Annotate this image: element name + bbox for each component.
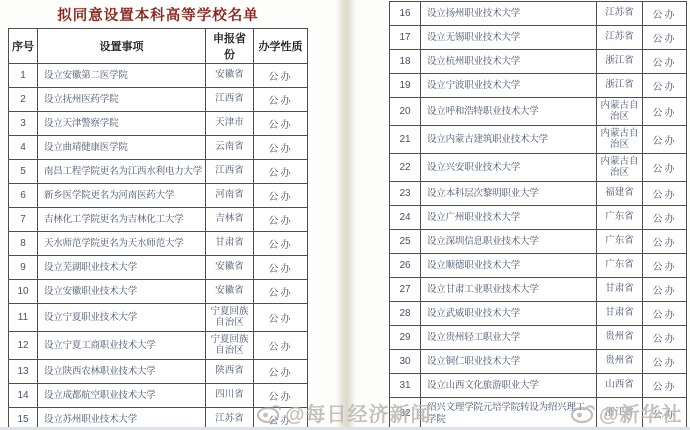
table-row: 3设立天津警察学院天津市公办 — [9, 112, 308, 136]
cell-province: 浙江省 — [597, 50, 643, 74]
cell-nature: 公办 — [254, 304, 308, 332]
cell-no: 13 — [9, 360, 38, 384]
table-row: 23设立本科层次黎明职业大学福建省公办 — [390, 182, 687, 206]
cell-nature: 公办 — [643, 374, 687, 398]
cell-name: 设立抚州医药学院 — [38, 88, 206, 112]
cell-no: 16 — [390, 2, 421, 26]
cell-province: 陕西省 — [206, 360, 254, 384]
cell-no: 26 — [390, 254, 421, 278]
table-row: 20设立呼和浩特职业技术大学内蒙古自治区公办 — [390, 98, 687, 126]
cell-province: 广东省 — [597, 230, 643, 254]
cell-province: 天津市 — [206, 112, 254, 136]
cell-nature: 公办 — [254, 208, 308, 232]
cell-no: 31 — [390, 374, 421, 398]
cell-province: 江西省 — [206, 88, 254, 112]
table-row: 1设立安徽第二医学院安徽省公办 — [9, 64, 308, 88]
table-row: 28设立武威职业技术大学甘肃省公办 — [390, 302, 687, 326]
cell-name: 绍兴文理学院元培学院转设为绍兴理工学院 — [421, 398, 597, 430]
cell-name: 设立呼和浩特职业技术大学 — [421, 98, 597, 126]
table-row: 18设立杭州职业技术大学浙江省公办 — [390, 50, 687, 74]
cell-nature: 公办 — [254, 360, 308, 384]
cell-no: 32 — [390, 398, 421, 430]
table-row: 4设立曲靖健康医学院云南省公办 — [9, 136, 308, 160]
cell-name: 设立扬州职业技术大学 — [421, 2, 597, 26]
cell-no: 12 — [9, 332, 38, 360]
cell-name: 设立成都航空职业技术大学 — [38, 384, 206, 408]
cell-province: 甘肃省 — [597, 278, 643, 302]
table-row: 21设立内蒙古建筑职业技术大学内蒙古自治区公办 — [390, 126, 687, 154]
cell-nature: 公办 — [643, 126, 687, 154]
table-header-row: 序号 设置事项 申报省份 办学性质 — [9, 29, 308, 64]
cell-name: 设立深圳信息职业技术大学 — [421, 230, 597, 254]
cell-nature: 公办 — [643, 230, 687, 254]
cell-province: 甘肃省 — [206, 232, 254, 256]
col-header-no: 序号 — [9, 29, 38, 64]
table-row: 5南昌工程学院更名为江西水利电力大学江西省公办 — [9, 160, 308, 184]
cell-no: 5 — [9, 160, 38, 184]
cell-no: 17 — [390, 26, 421, 50]
cell-name: 设立无锡职业技术大学 — [421, 26, 597, 50]
cell-name: 设立山西文化旅游职业大学 — [421, 374, 597, 398]
cell-nature: 公办 — [254, 256, 308, 280]
cell-name: 设立安徽职业技术大学 — [38, 280, 206, 304]
cell-no: 9 — [9, 256, 38, 280]
cell-name: 设立甘肃工业职业技术大学 — [421, 278, 597, 302]
cell-nature: 公办 — [643, 2, 687, 26]
cell-name: 设立宁波职业技术大学 — [421, 74, 597, 98]
cell-province: 广东省 — [597, 206, 643, 230]
cell-no: 21 — [390, 126, 421, 154]
cell-province: 贵州省 — [597, 326, 643, 350]
cell-name: 设立本科层次黎明职业大学 — [421, 182, 597, 206]
cell-name: 设立广州职业技术大学 — [421, 206, 597, 230]
cell-name: 吉林化工学院更名为吉林化工大学 — [38, 208, 206, 232]
cell-name: 设立兴安职业技术大学 — [421, 154, 597, 182]
page-title: 拟同意设置本科高等学校名单 — [8, 4, 308, 25]
col-header-nature: 办学性质 — [254, 29, 308, 64]
cell-name: 设立铜仁职业技术大学 — [421, 350, 597, 374]
cell-nature: 公办 — [643, 74, 687, 98]
cell-province: 宁夏回族自治区 — [206, 304, 254, 332]
cell-no: 6 — [9, 184, 38, 208]
cell-nature: 公办 — [643, 206, 687, 230]
cell-no: 27 — [390, 278, 421, 302]
cell-no: 19 — [390, 74, 421, 98]
table-row: 27设立甘肃工业职业技术大学甘肃省公办 — [390, 278, 687, 302]
table-row: 30设立铜仁职业技术大学贵州省公办 — [390, 350, 687, 374]
table-row: 12设立宁夏工商职业技术大学宁夏回族自治区公办 — [9, 332, 308, 360]
right-table-body: 16设立扬州职业技术大学江苏省公办17设立无锡职业技术大学江苏省公办18设立杭州… — [390, 2, 687, 430]
cell-name: 设立顺德职业技术大学 — [421, 254, 597, 278]
cell-no: 2 — [9, 88, 38, 112]
cell-nature: 公办 — [643, 98, 687, 126]
cell-nature: 公办 — [643, 278, 687, 302]
cell-province: 浙江省 — [597, 74, 643, 98]
cell-no: 28 — [390, 302, 421, 326]
approved-universities-table-left: 序号 设置事项 申报省份 办学性质 1设立安徽第二医学院安徽省公办2设立抚州医药… — [8, 28, 308, 430]
cell-province: 福建省 — [597, 182, 643, 206]
table-row: 7吉林化工学院更名为吉林化工大学吉林省公办 — [9, 208, 308, 232]
cell-province: 内蒙古自治区 — [597, 154, 643, 182]
table-row: 14设立成都航空职业技术大学四川省公办 — [9, 384, 308, 408]
cell-no: 8 — [9, 232, 38, 256]
cell-name: 设立内蒙古建筑职业技术大学 — [421, 126, 597, 154]
cell-province: 江西省 — [206, 160, 254, 184]
cell-name: 设立安徽第二医学院 — [38, 64, 206, 88]
cell-province: 广东省 — [597, 254, 643, 278]
cell-no: 23 — [390, 182, 421, 206]
table-row: 24设立广州职业技术大学广东省公办 — [390, 206, 687, 230]
left-table-body: 1设立安徽第二医学院安徽省公办2设立抚州医药学院江西省公办3设立天津警察学院天津… — [9, 64, 308, 430]
document-page: 拟同意设置本科高等学校名单 序号 设置事项 申报省份 办学性质 1设立安徽第二医… — [0, 0, 690, 430]
table-row: 13设立陕西农林职业技术大学陕西省公办 — [9, 360, 308, 384]
cell-province: 宁夏回族自治区 — [206, 332, 254, 360]
cell-province: 云南省 — [206, 136, 254, 160]
cell-no: 7 — [9, 208, 38, 232]
cell-name: 设立天津警察学院 — [38, 112, 206, 136]
cell-no: 14 — [9, 384, 38, 408]
cell-no: 22 — [390, 154, 421, 182]
cell-province: 浙江省 — [597, 398, 643, 430]
cell-province: 安徽省 — [206, 256, 254, 280]
cell-no: 3 — [9, 112, 38, 136]
cell-province: 内蒙古自治区 — [597, 98, 643, 126]
cell-name: 设立芜湖职业技术大学 — [38, 256, 206, 280]
cell-no: 18 — [390, 50, 421, 74]
table-row: 16设立扬州职业技术大学江苏省公办 — [390, 2, 687, 26]
cell-no: 20 — [390, 98, 421, 126]
cell-province: 江苏省 — [597, 26, 643, 50]
table-row: 17设立无锡职业技术大学江苏省公办 — [390, 26, 687, 50]
table-row: 32绍兴文理学院元培学院转设为绍兴理工学院浙江省公办 — [390, 398, 687, 430]
cell-province: 甘肃省 — [597, 302, 643, 326]
cell-nature: 公办 — [254, 280, 308, 304]
table-row: 11设立宁夏职业技术大学宁夏回族自治区公办 — [9, 304, 308, 332]
cell-province: 山西省 — [597, 374, 643, 398]
cell-nature: 公办 — [254, 88, 308, 112]
table-row: 25设立深圳信息职业技术大学广东省公办 — [390, 230, 687, 254]
cell-nature: 公办 — [643, 326, 687, 350]
cell-name: 设立杭州职业技术大学 — [421, 50, 597, 74]
table-row: 6新乡医学院更名为河南医药大学河南省公办 — [9, 184, 308, 208]
cell-name: 南昌工程学院更名为江西水利电力大学 — [38, 160, 206, 184]
cell-nature: 公办 — [254, 112, 308, 136]
cell-province: 安徽省 — [206, 64, 254, 88]
cell-no: 30 — [390, 350, 421, 374]
cell-name: 设立曲靖健康医学院 — [38, 136, 206, 160]
table-row: 8天水师范学院更名为天水师范大学甘肃省公办 — [9, 232, 308, 256]
page-seam — [336, 0, 356, 430]
cell-province: 内蒙古自治区 — [597, 126, 643, 154]
cell-nature: 公办 — [254, 64, 308, 88]
cell-nature: 公办 — [643, 50, 687, 74]
cell-province: 贵州省 — [597, 350, 643, 374]
cell-no: 24 — [390, 206, 421, 230]
cell-nature: 公办 — [643, 182, 687, 206]
cell-province: 江苏省 — [597, 2, 643, 26]
cell-nature: 公办 — [254, 384, 308, 408]
table-row: 2设立抚州医药学院江西省公办 — [9, 88, 308, 112]
cell-nature: 公办 — [254, 332, 308, 360]
table-row: 22设立兴安职业技术大学内蒙古自治区公办 — [390, 154, 687, 182]
cell-name: 设立宁夏工商职业技术大学 — [38, 332, 206, 360]
cell-name: 天水师范学院更名为天水师范大学 — [38, 232, 206, 256]
cell-no: 11 — [9, 304, 38, 332]
table-row: 19设立宁波职业技术大学浙江省公办 — [390, 74, 687, 98]
cell-nature: 公办 — [254, 184, 308, 208]
cell-nature: 公办 — [254, 160, 308, 184]
cell-nature: 公办 — [643, 154, 687, 182]
cell-province: 河南省 — [206, 184, 254, 208]
cell-province: 吉林省 — [206, 208, 254, 232]
cell-nature: 公办 — [643, 398, 687, 430]
cell-no: 25 — [390, 230, 421, 254]
table-row: 9设立芜湖职业技术大学安徽省公办 — [9, 256, 308, 280]
table-row: 29设立贵州轻工职业大学贵州省公办 — [390, 326, 687, 350]
cell-name: 设立宁夏职业技术大学 — [38, 304, 206, 332]
cell-no: 4 — [9, 136, 38, 160]
cell-no: 29 — [390, 326, 421, 350]
cell-province: 安徽省 — [206, 280, 254, 304]
table-row: 10设立安徽职业技术大学安徽省公办 — [9, 280, 308, 304]
table-row: 26设立顺德职业技术大学广东省公办 — [390, 254, 687, 278]
cell-name: 设立武威职业技术大学 — [421, 302, 597, 326]
col-header-item: 设置事项 — [38, 29, 206, 64]
cell-name: 设立贵州轻工职业大学 — [421, 326, 597, 350]
cell-nature: 公办 — [643, 350, 687, 374]
cell-province: 四川省 — [206, 384, 254, 408]
cell-nature: 公办 — [643, 26, 687, 50]
cell-nature: 公办 — [254, 232, 308, 256]
cell-no: 10 — [9, 280, 38, 304]
cell-nature: 公办 — [643, 302, 687, 326]
cell-nature: 公办 — [643, 254, 687, 278]
table-row: 31设立山西文化旅游职业大学山西省公办 — [390, 374, 687, 398]
approved-universities-table-right: 16设立扬州职业技术大学江苏省公办17设立无锡职业技术大学江苏省公办18设立杭州… — [389, 1, 687, 430]
cell-no: 1 — [9, 64, 38, 88]
cell-name: 新乡医学院更名为河南医药大学 — [38, 184, 206, 208]
cell-name: 设立陕西农林职业技术大学 — [38, 360, 206, 384]
col-header-province: 申报省份 — [206, 29, 254, 64]
cell-nature: 公办 — [254, 136, 308, 160]
